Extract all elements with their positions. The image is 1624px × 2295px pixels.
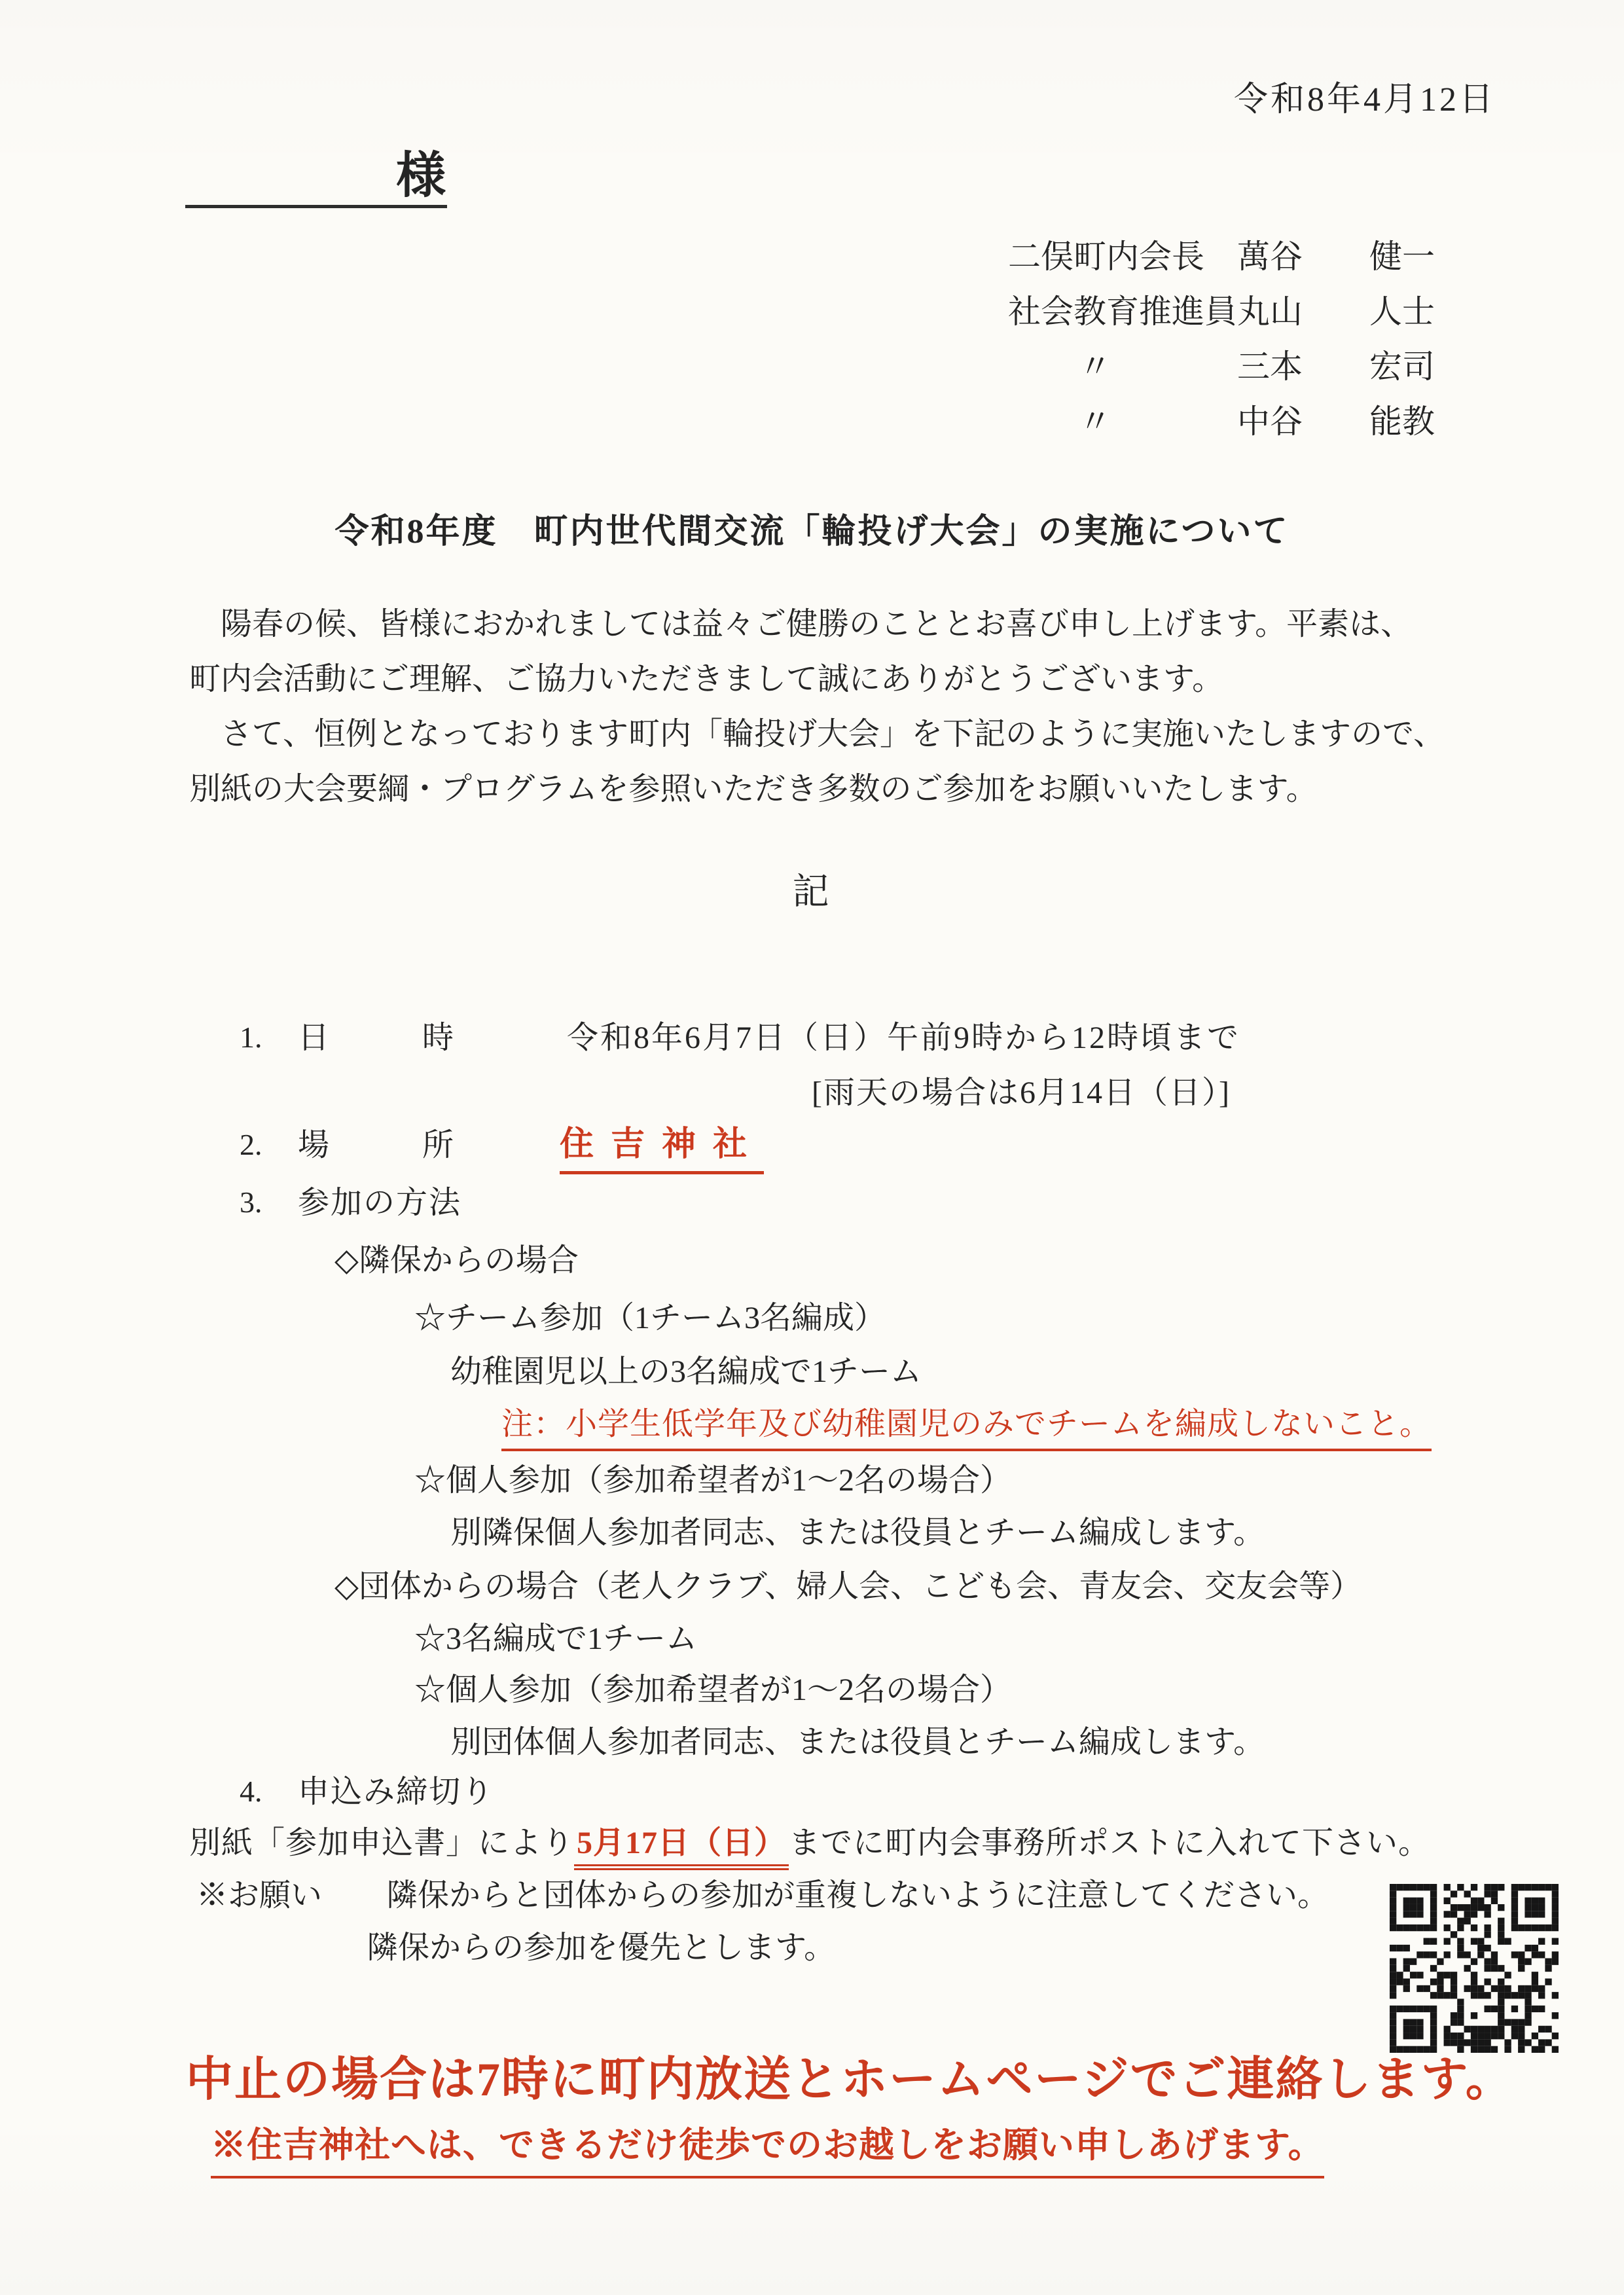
signatory-family-name: 三本	[1237, 340, 1303, 388]
signatory-ditto-mark: 〃	[1079, 340, 1111, 388]
item-datetime-row: 1. 日時 令和8年6月7日（日）午前9時から12時頃まで	[0, 1020, 1624, 1066]
request-line-2: 隣保からの参加を優先とします。	[367, 1930, 835, 1967]
item-deadline-row: 4. 申込み締切り	[0, 1774, 1624, 1820]
team-entry-detail: 幼稚園児以上の3名編成で1チーム	[450, 1354, 922, 1391]
request-row: ※お願い 隣保からと団体からの参加が重複しないように注意してください。	[0, 1877, 1624, 1923]
signatory-family-name: 萬谷	[1237, 230, 1303, 278]
body-line: 陽春の候、皆様におかれましては益々ご健勝のこととお喜び申し上げます。平素は、	[189, 597, 1445, 652]
deadline-date: 5月17日（日）	[574, 1826, 789, 1870]
signatory-given-name: 健一	[1369, 230, 1435, 278]
qr-code-graphic	[1390, 1884, 1559, 2053]
item-participation-row: 3. 参加の方法	[0, 1185, 1624, 1231]
scanned-notice-page: 令和8年4月12日 様 二俣町内会長 萬谷 健一 社会教育推進員 丸山 人士 〃…	[0, 0, 1624, 2295]
neighborhood-case-header: ◇隣保からの場合	[334, 1242, 579, 1280]
item-number: 3.	[240, 1185, 262, 1220]
request-label: ※お願い	[196, 1877, 322, 1915]
walk-request-note: ※住吉神社へは、できるだけ徒歩でのお越しをお願い申しあげます。	[211, 2125, 1324, 2178]
signatory-ditto-mark: 〃	[1079, 395, 1111, 443]
document-title: 令和8年度 町内世代間交流「輪投げ大会」の実施について	[0, 512, 1624, 552]
addressee-underline: 様	[185, 148, 447, 208]
issue-date: 令和8年4月12日	[1234, 80, 1496, 120]
individual-entry-line: ☆個人参加（参加希望者が1～2名の場合）	[414, 1462, 1011, 1500]
item-number: 4.	[240, 1774, 262, 1809]
signatory-given-name: 能教	[1369, 395, 1435, 443]
item-number: 2.	[240, 1127, 262, 1163]
body-line: 町内会活動にご理解、ご協力いただきまして誠にありがとうございます。	[189, 652, 1445, 707]
group-team-line: ☆3名編成で1チーム	[414, 1621, 697, 1658]
item-place-row: 2. 場所 住吉神社	[0, 1127, 1624, 1186]
group-individual-detail: 別団体個人参加者同志、または役員とチーム編成します。	[450, 1724, 1265, 1762]
qr-code	[1390, 1884, 1559, 2053]
signatory-row: 社会教育推進員 丸山 人士	[1008, 285, 1532, 340]
deadline-sentence-pre: 別紙「参加申込書」により	[189, 1826, 574, 1860]
signatory-title: 社会教育推進員	[1008, 285, 1237, 333]
signatory-given-name: 宏司	[1369, 340, 1435, 388]
cancel-notice: 中止の場合は7時に町内放送とホームページでご連絡します。	[186, 2052, 1514, 2108]
deadline-sentence-post: までに町内会事務所ポストに入れて下さい。	[789, 1826, 1430, 1860]
rain-date-note: [雨天の場合は6月14日（日）]	[812, 1075, 1231, 1112]
item-deadline-label: 申込み締切り	[298, 1774, 494, 1811]
group-case-header: ◇団体からの場合（老人クラブ、婦人会、こども会、青友会、交友会等）	[334, 1568, 1362, 1606]
signatory-family-name: 中谷	[1237, 395, 1303, 443]
item-place-label: 場所	[298, 1127, 547, 1165]
team-entry-line: ☆チーム参加（1チーム3名編成）	[414, 1300, 886, 1337]
team-caution-note: 注：小学生低学年及び幼稚園児のみでチームを編成しないこと。	[501, 1406, 1432, 1451]
signatory-row: 二俣町内会長 萬谷 健一	[1008, 230, 1532, 285]
individual-entry-detail: 別隣保個人参加者同志、または役員とチーム編成します。	[450, 1515, 1265, 1552]
signatory-title: 二俣町内会長	[1008, 230, 1204, 278]
item-datetime-label: 日時	[298, 1020, 547, 1057]
signatory-block: 二俣町内会長 萬谷 健一 社会教育推進員 丸山 人士 〃 三本 宏司 〃 中谷 …	[1008, 230, 1532, 450]
body-line: 別紙の大会要綱・プログラムを参照いただき多数のご参加をお願いいたします。	[189, 762, 1445, 817]
body-paragraphs: 陽春の候、皆様におかれましては益々ご健勝のこととお喜び申し上げます。平素は、 町…	[189, 597, 1445, 817]
venue-name: 住吉神社	[560, 1125, 764, 1174]
item-number: 1.	[240, 1020, 262, 1055]
group-individual-line: ☆個人参加（参加希望者が1～2名の場合）	[414, 1672, 1011, 1709]
request-line-1: 隣保からと団体からの参加が重複しないように注意してください。	[386, 1877, 1329, 1915]
signatory-family-name: 丸山	[1237, 285, 1303, 333]
item-datetime-value: 令和8年6月7日（日）午前9時から12時頃まで	[567, 1020, 1240, 1057]
signatory-given-name: 人士	[1369, 285, 1435, 333]
body-line: さて、恒例となっております町内「輪投げ大会」を下記のように実施いたしますので、	[189, 707, 1445, 762]
deadline-sentence: 別紙「参加申込書」により5月17日（日）までに町内会事務所ポストに入れて下さい。	[189, 1825, 1430, 1862]
item-participation-label: 参加の方法	[298, 1185, 461, 1222]
addressee-honorific: 様	[396, 151, 446, 201]
signatory-row: 〃 三本 宏司	[1008, 340, 1532, 395]
signatory-row: 〃 中谷 能教	[1008, 395, 1532, 450]
record-marker: 記	[0, 871, 1624, 914]
